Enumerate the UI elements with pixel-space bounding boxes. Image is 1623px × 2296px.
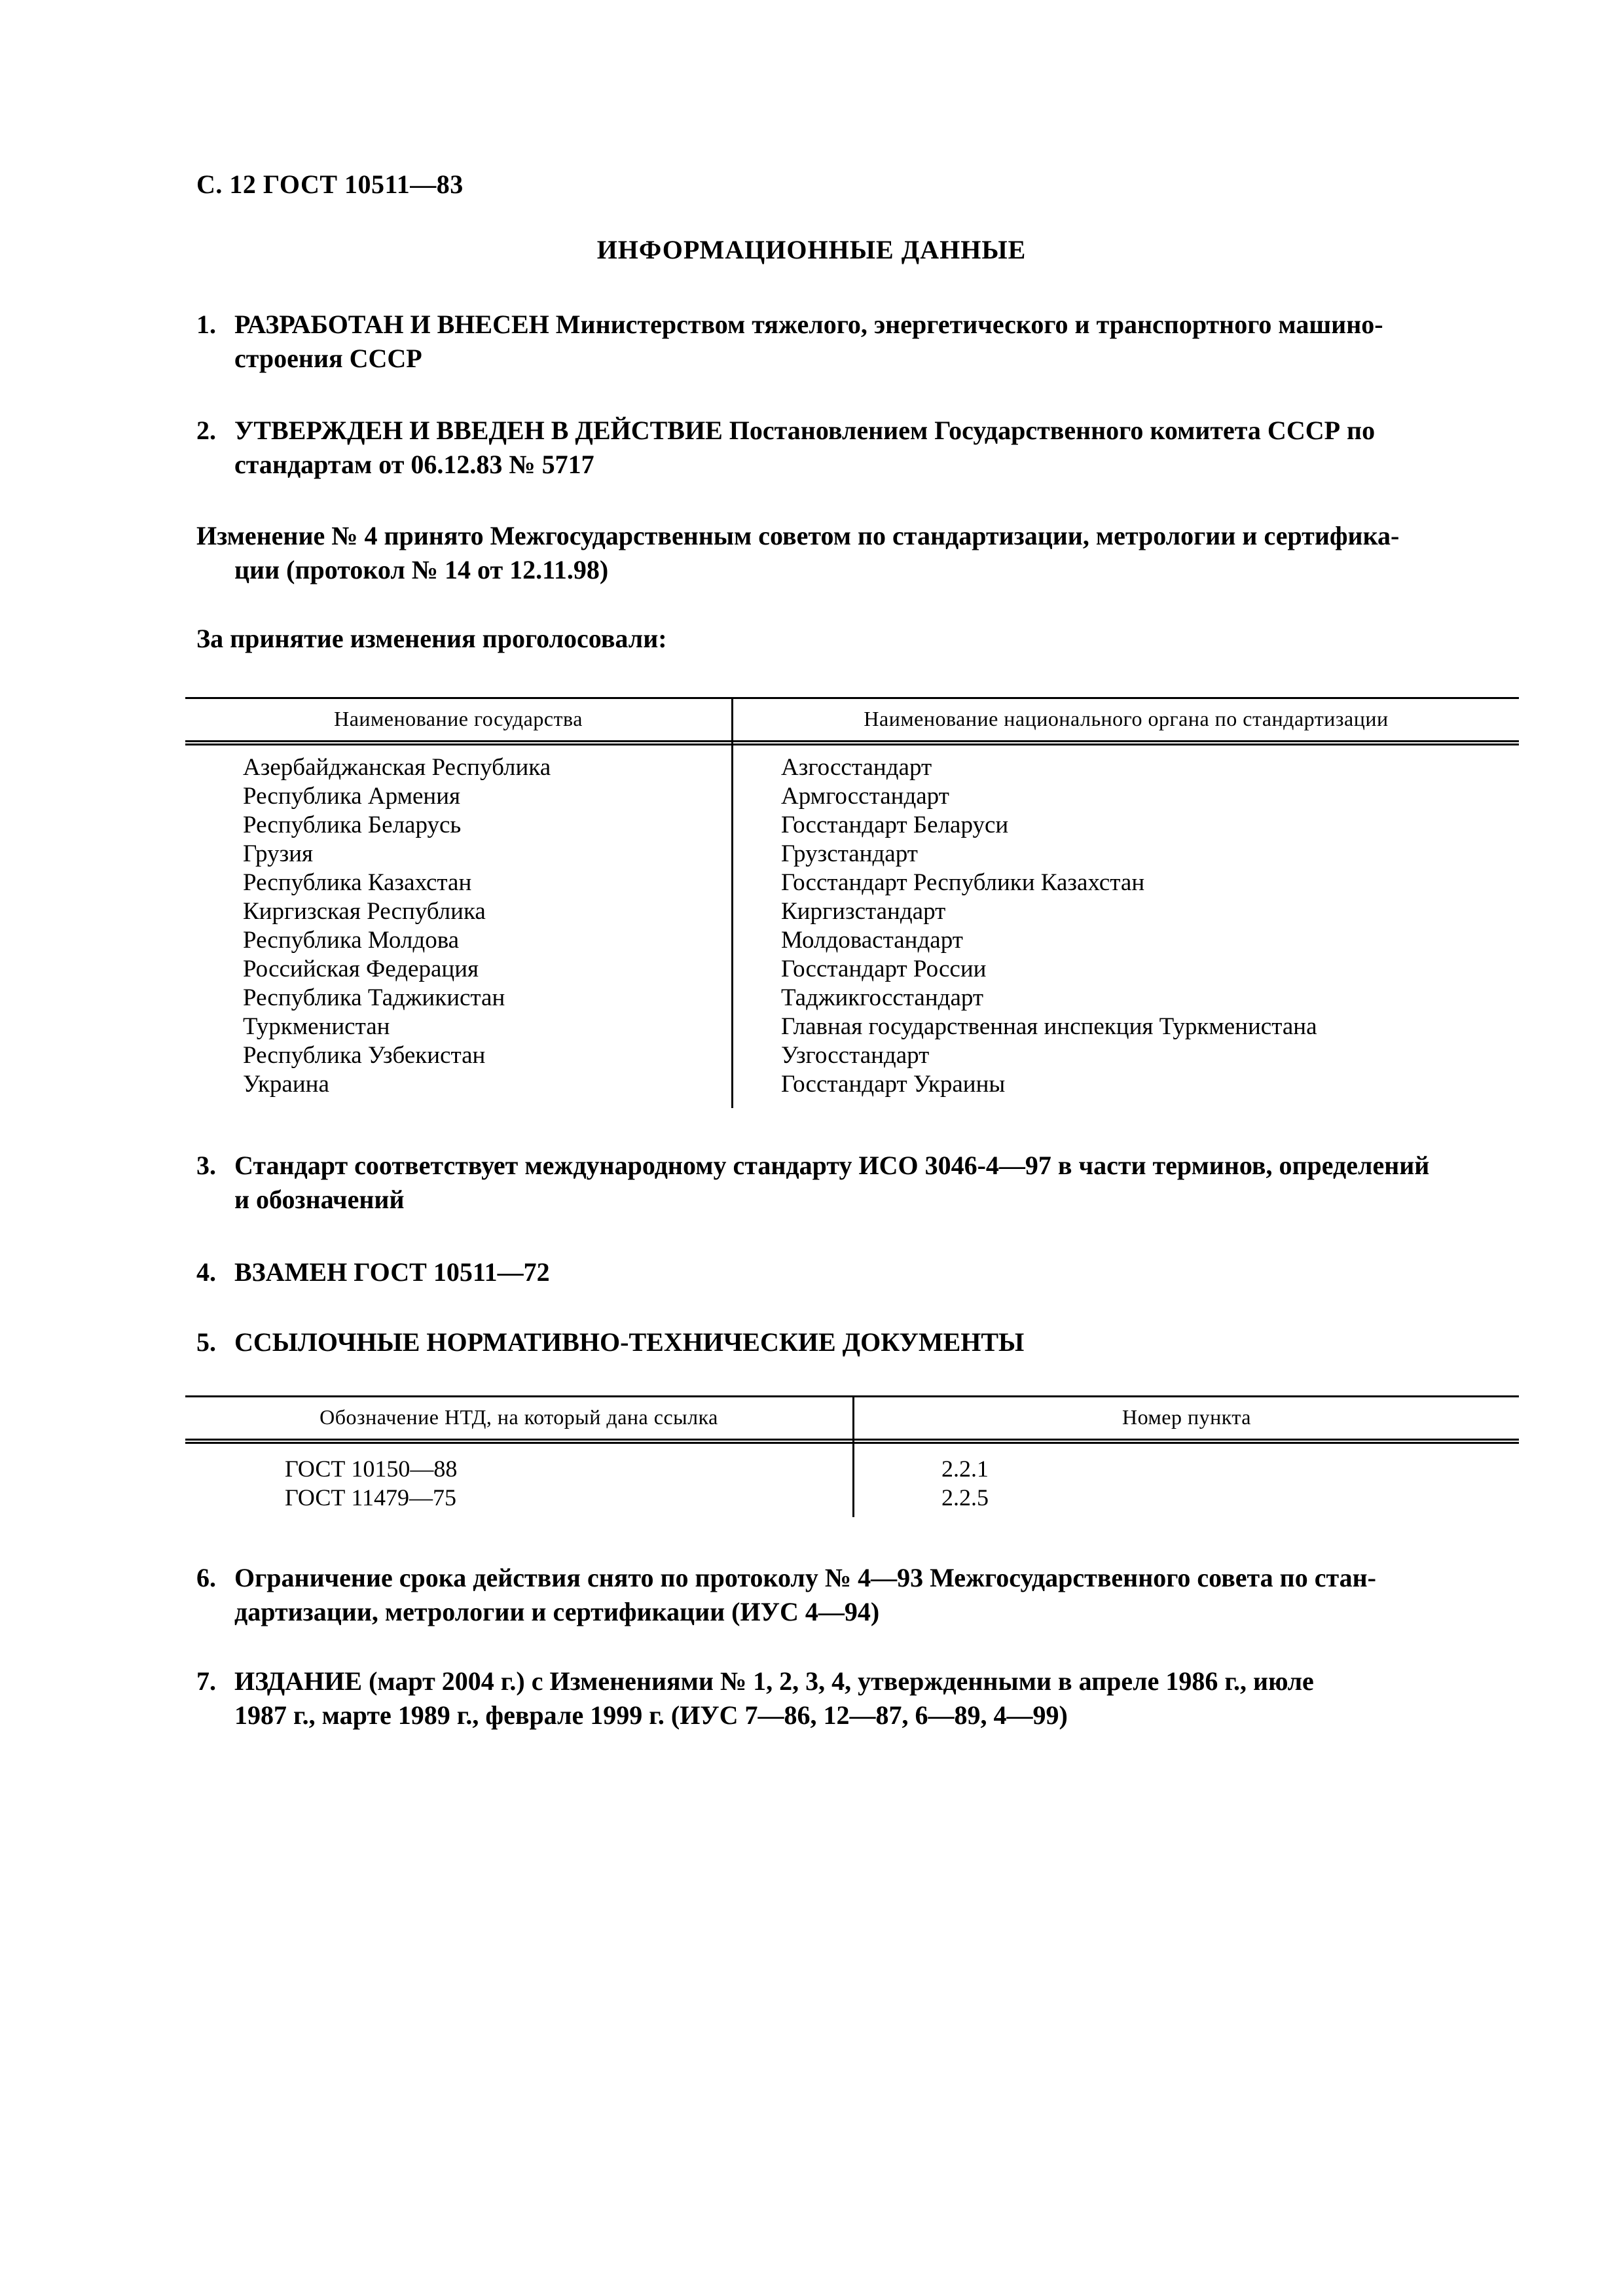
section-title: ИНФОРМАЦИОННЫЕ ДАННЫЕ — [0, 234, 1623, 265]
item-text-continued: строения СССР — [196, 342, 1519, 376]
item-lead: ИЗДАНИЕ — [234, 1666, 362, 1696]
table-cell-document: ГОСТ 11479—75 — [285, 1483, 457, 1512]
item-text: ВЗАМЕН ГОСТ 10511—72 — [234, 1257, 550, 1287]
table-cell-state: Киргизская Республика — [243, 897, 551, 926]
table-cell-standards-body: Госстандарт Беларуси — [781, 811, 1317, 840]
item-text-continued: стандартам от 06.12.83 № 5717 — [196, 448, 1519, 482]
item-text: ССЫЛОЧНЫЕ НОРМАТИВНО-ТЕХНИЧЕСКИЕ ДОКУМЕН… — [234, 1327, 1024, 1357]
item-number: 3. — [196, 1149, 234, 1183]
table-column-divider — [731, 697, 733, 1108]
table-cell-standards-body: Главная государственная инспекция Туркме… — [781, 1013, 1317, 1041]
table-cell-standards-body: Грузстандарт — [781, 840, 1317, 869]
item-text-continued: дартизации, метрологии и сертификации (И… — [196, 1595, 1519, 1629]
item-number: 2. — [196, 414, 234, 448]
table-header-body: Наименование национального органа по ста… — [733, 707, 1519, 731]
table-cell-state: Республика Узбекистан — [243, 1041, 551, 1070]
table-cell-state: Республика Армения — [243, 782, 551, 811]
item-1-developed: 1.РАЗРАБОТАН И ВНЕСЕН Министерством тяже… — [196, 308, 1519, 376]
item-text: Постановлением Государственного комитета… — [723, 416, 1375, 445]
table-cell-state: Республика Казахстан — [243, 869, 551, 897]
item-text: Ограничение срока действия снято по прот… — [234, 1563, 1376, 1592]
item-number: 5. — [196, 1325, 234, 1359]
table-cell-standards-body: Молдовастандарт — [781, 926, 1317, 955]
table-column-bodies: АзгосстандартАрмгосстандартГосстандарт Б… — [781, 753, 1317, 1099]
item-number: 6. — [196, 1561, 234, 1595]
item-text: Стандарт соответствует международному ст… — [234, 1151, 1429, 1180]
table-cell-standards-body: Армгосстандарт — [781, 782, 1317, 811]
table-cell-state: Республика Беларусь — [243, 811, 551, 840]
table-header-designation: Обозначение НТД, на который дана ссылка — [185, 1405, 852, 1429]
item-number: 1. — [196, 308, 234, 342]
amendment-line-1: Изменение № 4 принято Межгосударственным… — [196, 521, 1399, 550]
item-7-edition: 7.ИЗДАНИЕ (март 2004 г.) с Изменениями №… — [196, 1664, 1519, 1732]
voting-table: Наименование государства Наименование на… — [185, 697, 1519, 1109]
table-top-rule — [185, 697, 1519, 699]
table-column-clauses: 2.2.12.2.5 — [941, 1454, 989, 1512]
item-text-continued: 1987 г., марте 1989 г., феврале 1999 г. … — [196, 1698, 1519, 1732]
table-cell-standards-body: Киргизстандарт — [781, 897, 1317, 926]
item-6-term-limit: 6.Ограничение срока действия снято по пр… — [196, 1561, 1519, 1629]
table-cell-standards-body: Госстандарт Украины — [781, 1070, 1317, 1099]
item-4-replaces: 4.ВЗАМЕН ГОСТ 10511—72 — [196, 1255, 1519, 1289]
item-lead: РАЗРАБОТАН И ВНЕСЕН — [234, 310, 549, 339]
item-5-references: 5.ССЫЛОЧНЫЕ НОРМАТИВНО-ТЕХНИЧЕСКИЕ ДОКУМ… — [196, 1325, 1519, 1359]
table-column-designations: ГОСТ 10150—88ГОСТ 11479—75 — [285, 1454, 457, 1512]
table-header-rule-2 — [185, 744, 1519, 745]
item-number: 4. — [196, 1255, 234, 1289]
table-header-clause: Номер пункта — [854, 1405, 1519, 1429]
table-cell-clause: 2.2.1 — [941, 1454, 989, 1483]
table-cell-state: Грузия — [243, 840, 551, 869]
item-text-continued: и обозначений — [196, 1183, 1519, 1217]
table-cell-state: Азербайджанская Республика — [243, 753, 551, 782]
table-cell-state: Туркменистан — [243, 1013, 551, 1041]
table-cell-state: Украина — [243, 1070, 551, 1099]
table-column-states: Азербайджанская РеспубликаРеспублика Арм… — [243, 753, 551, 1099]
table-cell-state: Республика Таджикистан — [243, 984, 551, 1013]
amendment-note: Изменение № 4 принято Межгосударственным… — [196, 519, 1519, 587]
table-cell-standards-body: Азгосстандарт — [781, 753, 1317, 782]
table-cell-state: Республика Молдова — [243, 926, 551, 955]
table-cell-standards-body: Таджикгосстандарт — [781, 984, 1317, 1013]
references-table: Обозначение НТД, на который дана ссылка … — [185, 1395, 1519, 1520]
item-lead: УТВЕРЖДЕН И ВВЕДЕН В ДЕЙСТВИЕ — [234, 416, 723, 445]
table-cell-state: Российская Федерация — [243, 955, 551, 984]
item-number: 7. — [196, 1664, 234, 1698]
voted-label: За принятие изменения проголосовали: — [196, 622, 1519, 656]
amendment-line-2: ции (протокол № 14 от 12.11.98) — [196, 553, 1519, 587]
item-text: (март 2004 г.) с Изменениями № 1, 2, 3, … — [362, 1666, 1314, 1696]
table-cell-clause: 2.2.5 — [941, 1483, 989, 1512]
table-header-state: Наименование государства — [185, 707, 731, 731]
item-text: Министерством тяжелого, энергетического … — [549, 310, 1383, 339]
table-cell-document: ГОСТ 10150—88 — [285, 1454, 457, 1483]
table-cell-standards-body: Госстандарт Республики Казахстан — [781, 869, 1317, 897]
item-2-approved: 2.УТВЕРЖДЕН И ВВЕДЕН В ДЕЙСТВИЕ Постанов… — [196, 414, 1519, 482]
table-cell-standards-body: Госстандарт России — [781, 955, 1317, 984]
table-cell-standards-body: Узгосстандарт — [781, 1041, 1317, 1070]
table-header-rule — [185, 740, 1519, 742]
item-3-iso: 3.Стандарт соответствует международному … — [196, 1149, 1519, 1217]
page-header: С. 12 ГОСТ 10511—83 — [196, 169, 464, 200]
